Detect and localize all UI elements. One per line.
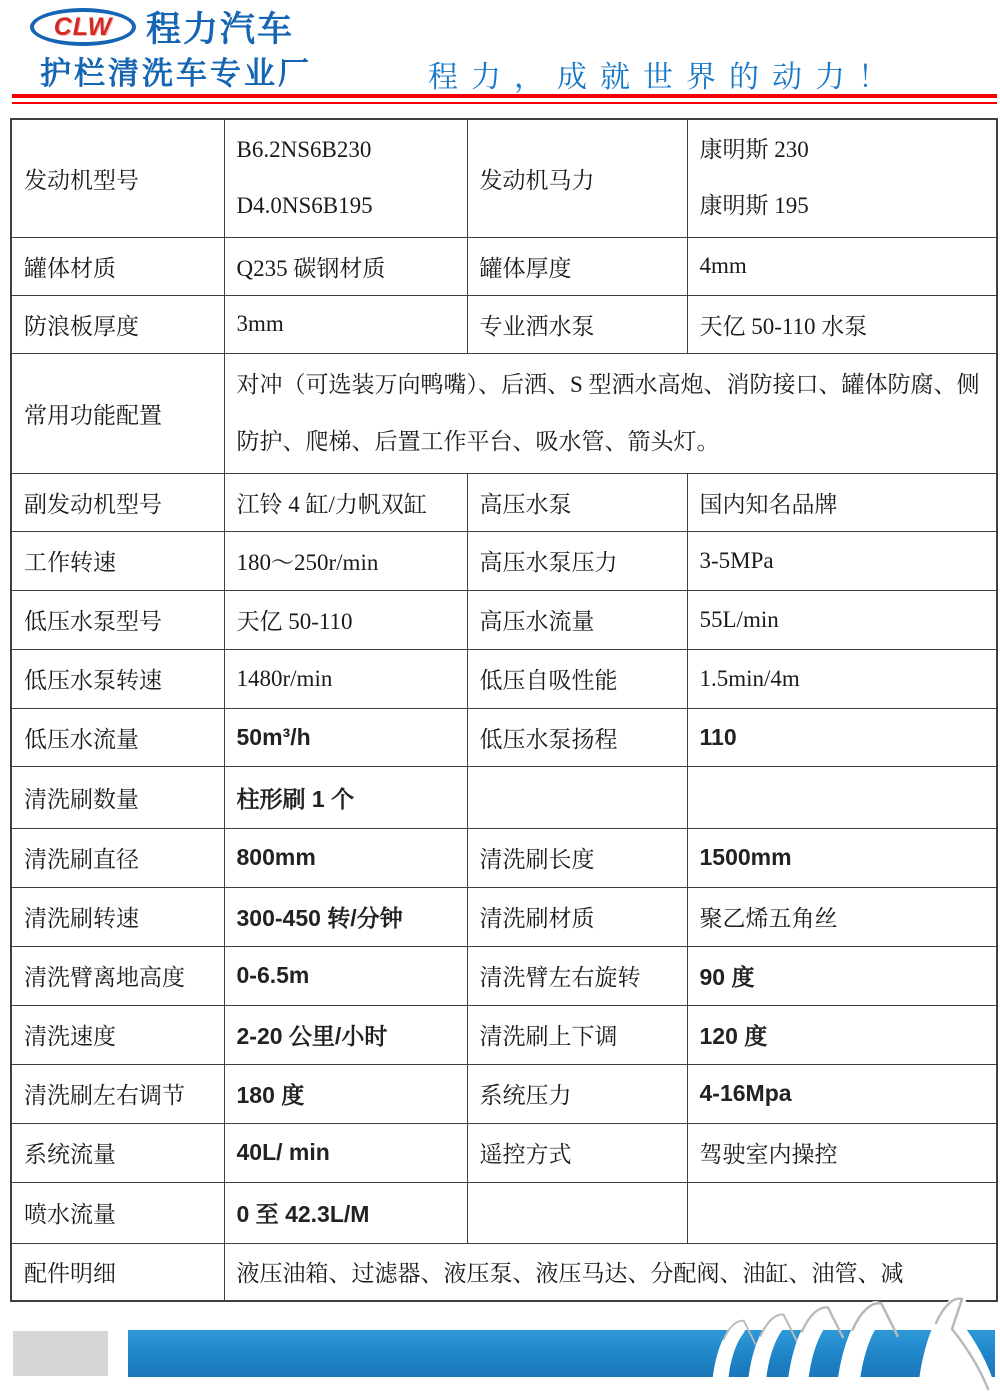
- slogan: 程力，成就世界的动力！: [428, 52, 988, 96]
- spec-label: 罐体材质: [11, 237, 224, 295]
- page: { "header": { "logo_text": "CLW", "brand…: [0, 0, 1000, 1392]
- spec-label: 系统流量: [11, 1123, 224, 1182]
- table-row: 清洗刷直径 800mm 清洗刷长度 1500mm: [11, 828, 997, 887]
- table-row: 清洗臂离地高度 0-6.5m 清洗臂左右旋转 90 度: [11, 946, 997, 1005]
- spec-label: 喷水流量: [11, 1182, 224, 1243]
- spec-label: 低压水泵扬程: [467, 708, 687, 766]
- spec-value: 江铃 4 缸/力帆双缸: [224, 473, 467, 531]
- spec-value: 1480r/min: [224, 649, 467, 708]
- table-row: 副发动机型号 江铃 4 缸/力帆双缸 高压水泵 国内知名品牌: [11, 473, 997, 531]
- table-row: 发动机型号 B6.2NS6B230 D4.0NS6B195 发动机马力 康明斯 …: [11, 119, 997, 237]
- spec-label: 工作转速: [11, 531, 224, 590]
- spec-label: 发动机马力: [467, 119, 687, 237]
- spec-label: 低压水流量: [11, 708, 224, 766]
- spec-value: 120 度: [687, 1005, 997, 1064]
- clw-logo-text: CLW: [54, 13, 113, 42]
- logo: CLW 程力汽车: [30, 6, 294, 48]
- spec-label: 罐体厚度: [467, 237, 687, 295]
- spec-label: 副发动机型号: [11, 473, 224, 531]
- spec-label: 遥控方式: [467, 1123, 687, 1182]
- spec-value: [687, 766, 997, 828]
- table-row: 清洗速度 2-20 公里/小时 清洗刷上下调 120 度: [11, 1005, 997, 1064]
- brand-subtitle: 护栏清洗车专业厂: [40, 48, 312, 93]
- spec-label: 清洗臂离地高度: [11, 946, 224, 1005]
- table-row: 系统流量 40L/ min 遥控方式 驾驶室内操控: [11, 1123, 997, 1182]
- spec-label: 清洗刷数量: [11, 766, 224, 828]
- spec-label: 专业洒水泵: [467, 295, 687, 353]
- spec-label: [467, 766, 687, 828]
- spec-value: 3mm: [224, 295, 467, 353]
- spec-label: 系统压力: [467, 1064, 687, 1123]
- red-divider: [12, 94, 997, 104]
- spec-label: 低压水泵转速: [11, 649, 224, 708]
- brand-title: 程力汽车: [146, 2, 294, 52]
- table-row: 低压水泵转速 1480r/min 低压自吸性能 1.5min/4m: [11, 649, 997, 708]
- spec-label: 高压水泵压力: [467, 531, 687, 590]
- spec-value: 驾驶室内操控: [687, 1123, 997, 1182]
- spec-value: 90 度: [687, 946, 997, 1005]
- spec-value: [687, 1182, 997, 1243]
- spec-label: [467, 1182, 687, 1243]
- spec-label: 常用功能配置: [11, 353, 224, 473]
- spec-value: 聚乙烯五角丝: [687, 887, 997, 946]
- spec-value: 1500mm: [687, 828, 997, 887]
- spec-value: 0-6.5m: [224, 946, 467, 1005]
- spec-value: 1.5min/4m: [687, 649, 997, 708]
- spec-label: 清洗臂左右旋转: [467, 946, 687, 1005]
- table-row: 清洗刷数量 柱形刷 1 个: [11, 766, 997, 828]
- spec-value: 110: [687, 708, 997, 766]
- spec-value: 4-16Mpa: [687, 1064, 997, 1123]
- footer-chevrons-icon: [700, 1293, 1000, 1392]
- spec-value: 55L/min: [687, 590, 997, 649]
- spec-value: Q235 碳钢材质: [224, 237, 467, 295]
- spec-value: 180～250r/min: [224, 531, 467, 590]
- spec-label: 低压水泵型号: [11, 590, 224, 649]
- table-row: 防浪板厚度 3mm 专业洒水泵 天亿 50-110 水泵: [11, 295, 997, 353]
- spec-value: 800mm: [224, 828, 467, 887]
- spec-value: 40L/ min: [224, 1123, 467, 1182]
- spec-label: 低压自吸性能: [467, 649, 687, 708]
- table-row: 喷水流量 0 至 42.3L/M: [11, 1182, 997, 1243]
- spec-label: 防浪板厚度: [11, 295, 224, 353]
- spec-label: 清洗刷直径: [11, 828, 224, 887]
- spec-value: 对冲（可选装万向鸭嘴）、后洒、S 型洒水高炮、消防接口、罐体防腐、侧防护、爬梯、…: [224, 353, 997, 473]
- spec-value: 国内知名品牌: [687, 473, 997, 531]
- spec-label: 清洗刷左右调节: [11, 1064, 224, 1123]
- spec-value: 300-450 转/分钟: [224, 887, 467, 946]
- table-row: 低压水泵型号 天亿 50-110 高压水流量 55L/min: [11, 590, 997, 649]
- table-row: 低压水流量 50m³/h 低压水泵扬程 110: [11, 708, 997, 766]
- table-row: 工作转速 180～250r/min 高压水泵压力 3-5MPa: [11, 531, 997, 590]
- table-row: 罐体材质 Q235 碳钢材质 罐体厚度 4mm: [11, 237, 997, 295]
- spec-label: 高压水泵: [467, 473, 687, 531]
- spec-label: 清洗刷材质: [467, 887, 687, 946]
- spec-label: 清洗速度: [11, 1005, 224, 1064]
- spec-value: 50m³/h: [224, 708, 467, 766]
- spec-value: 天亿 50-110 水泵: [687, 295, 997, 353]
- spec-value: 康明斯 230 康明斯 195: [687, 119, 997, 237]
- spec-value: 0 至 42.3L/M: [224, 1182, 467, 1243]
- spec-label: 高压水流量: [467, 590, 687, 649]
- spec-table: 发动机型号 B6.2NS6B230 D4.0NS6B195 发动机马力 康明斯 …: [10, 118, 998, 1302]
- spec-table-wrap: 发动机型号 B6.2NS6B230 D4.0NS6B195 发动机马力 康明斯 …: [10, 118, 996, 1302]
- spec-label: 清洗刷长度: [467, 828, 687, 887]
- spec-label: 配件明细: [11, 1243, 224, 1301]
- spec-label: 清洗刷上下调: [467, 1005, 687, 1064]
- spec-label: 清洗刷转速: [11, 887, 224, 946]
- spec-value: 2-20 公里/小时: [224, 1005, 467, 1064]
- table-row: 清洗刷转速 300-450 转/分钟 清洗刷材质 聚乙烯五角丝: [11, 887, 997, 946]
- footer-gray-block: [13, 1331, 108, 1376]
- spec-value: 柱形刷 1 个: [224, 766, 467, 828]
- table-row: 清洗刷左右调节 180 度 系统压力 4-16Mpa: [11, 1064, 997, 1123]
- clw-logo-icon: CLW: [30, 8, 136, 46]
- spec-label: 发动机型号: [11, 119, 224, 237]
- spec-value: B6.2NS6B230 D4.0NS6B195: [224, 119, 467, 237]
- spec-value: 天亿 50-110: [224, 590, 467, 649]
- header: CLW 程力汽车 护栏清洗车专业厂 程力，成就世界的动力！: [0, 0, 1000, 94]
- table-row: 常用功能配置 对冲（可选装万向鸭嘴）、后洒、S 型洒水高炮、消防接口、罐体防腐、…: [11, 353, 997, 473]
- spec-value: 4mm: [687, 237, 997, 295]
- spec-value: 180 度: [224, 1064, 467, 1123]
- spec-value: 3-5MPa: [687, 531, 997, 590]
